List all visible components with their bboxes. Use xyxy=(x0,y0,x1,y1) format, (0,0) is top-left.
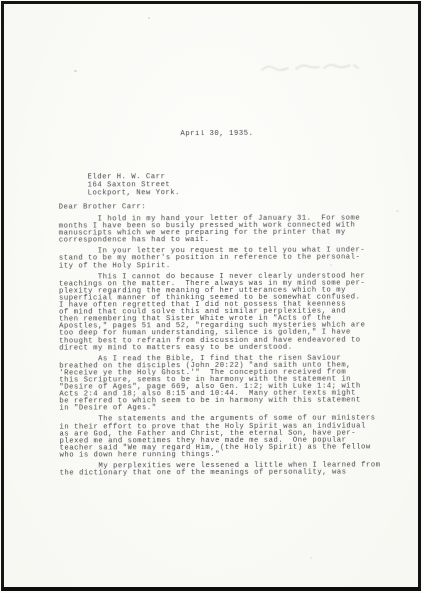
salutation: Dear Brother Carr: xyxy=(59,203,147,211)
scanned-letter-page: April 30, 1935. Elder H. W. Carr 164 Sax… xyxy=(0,0,423,593)
letter-paragraph: This I cannot do because I never clearly… xyxy=(59,273,374,352)
letter-paragraph: I hold in my hand your letter of January… xyxy=(59,215,374,244)
recipient-address: Elder H. W. Carr 164 Saxton Street Lockp… xyxy=(88,173,180,197)
letter-paragraph: The statements and the arguments of some… xyxy=(59,416,374,460)
letter-body: I hold in my hand your letter of January… xyxy=(59,215,375,481)
letter-paragraph: In your letter you request me to tell yo… xyxy=(59,248,374,270)
letter-paragraph: My perplexities were lessened a little w… xyxy=(60,462,375,477)
letter-content: April 30, 1935. Elder H. W. Carr 164 Sax… xyxy=(0,0,423,593)
letter-paragraph: As I read the Bible, I find that the ris… xyxy=(59,355,374,413)
date-line: April 30, 1935. xyxy=(180,130,253,138)
